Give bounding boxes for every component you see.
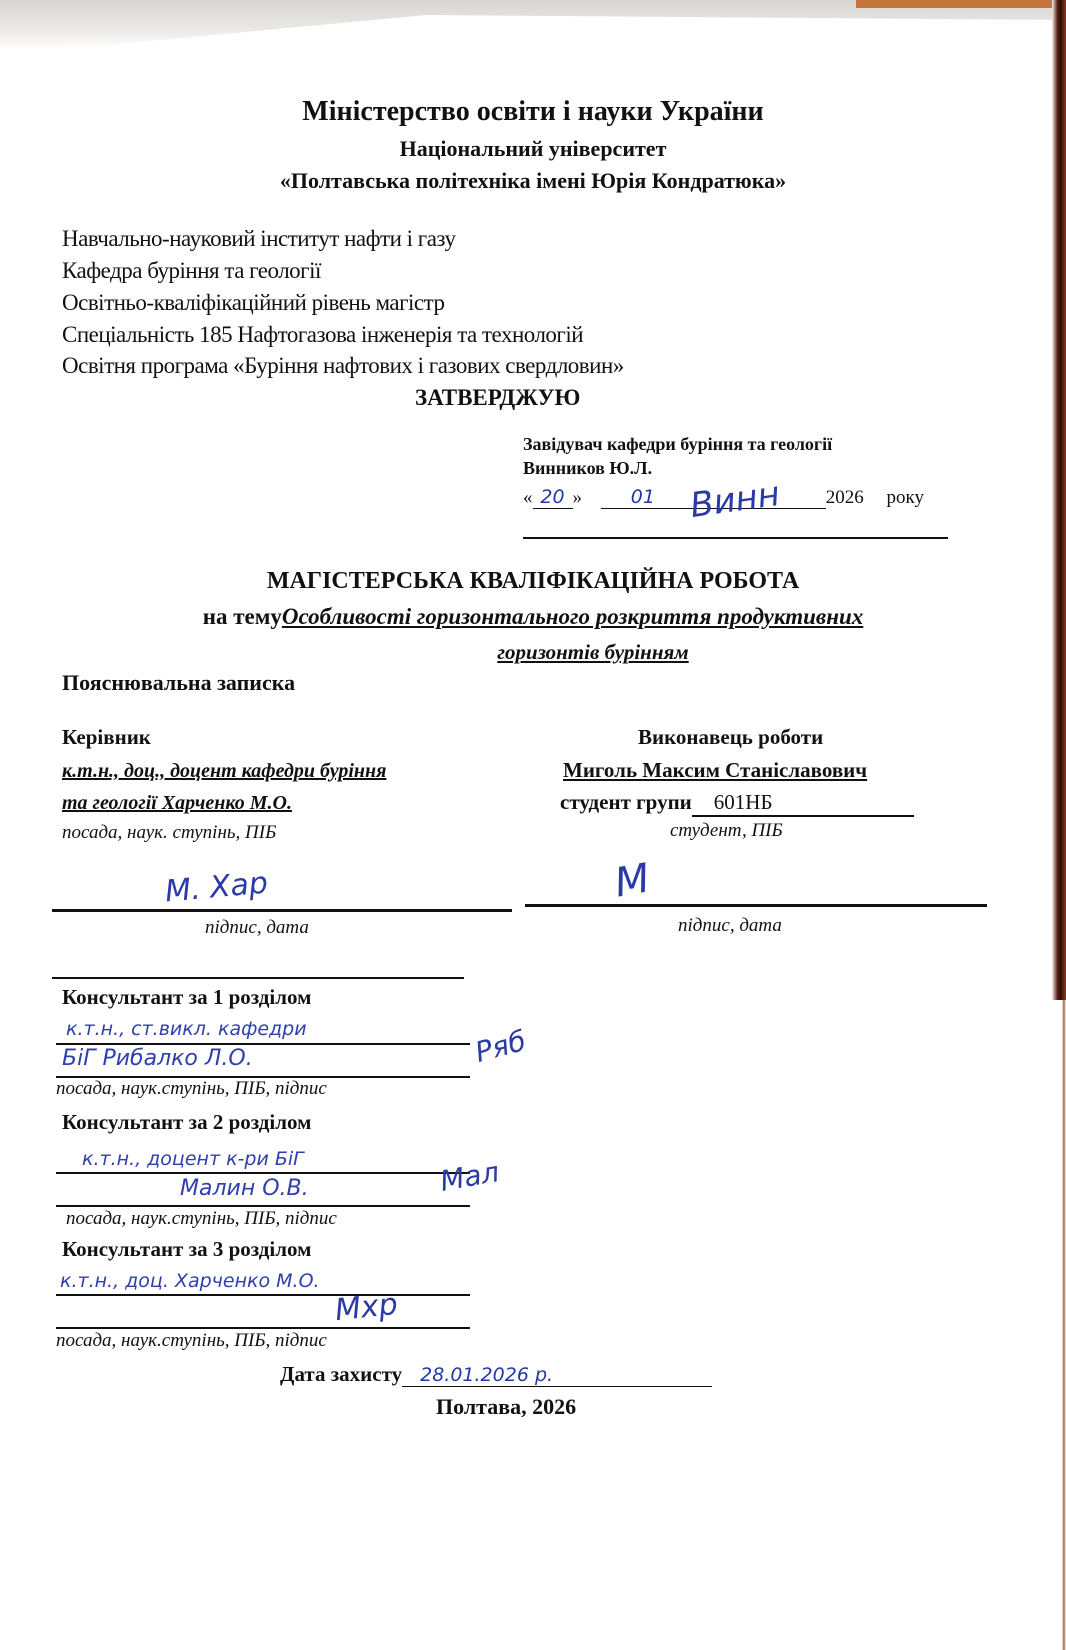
consultant-1-line-1 xyxy=(56,1043,470,1045)
consultant-1-hand-line-2: БіГ Рибалко Л.О. xyxy=(62,1046,253,1071)
consultant-2-line-2 xyxy=(56,1205,470,1207)
university-name: «Полтавська політехніка імені Юрія Кондр… xyxy=(0,168,1066,194)
consultant-2-line-1 xyxy=(56,1172,470,1174)
defense-date-label: Дата захисту xyxy=(280,1362,402,1386)
program-line: Освітня програма «Буріння нафтових і газ… xyxy=(62,353,624,379)
consultant-3-line-2 xyxy=(56,1327,470,1329)
supervisor-signature-line xyxy=(52,909,512,912)
consultant-3-signature: Мхр xyxy=(333,1287,399,1328)
approver-name: Винников Ю.Л. xyxy=(523,458,652,479)
consultant-3-heading: Консультант за 3 розділом xyxy=(62,1237,311,1262)
student-heading: Виконавець роботи xyxy=(638,725,823,750)
consultant-3-hand-line-1: к.т.н., доц. Харченко М.О. xyxy=(60,1270,320,1292)
consultant-2-hand-line-2: Малин О.В. xyxy=(180,1176,309,1201)
consultant-1-caption: посада, наук.ступінь, ПІБ, підпис xyxy=(56,1078,327,1100)
student-name: Миголь Максим Станіславович xyxy=(563,758,867,783)
consultant-1-heading: Консультант за 1 розділом xyxy=(62,985,311,1010)
defense-date-row: Дата захисту28.01.2026 р. xyxy=(280,1362,712,1387)
approver-signature: Винн xyxy=(688,474,783,526)
binder-edge-lower xyxy=(1052,1000,1066,1650)
student-signature: М xyxy=(611,855,653,906)
supervisor-sign-caption: підпис, дата xyxy=(205,917,309,939)
student-sign-caption: підпис, дата xyxy=(678,915,782,937)
specialty-line: Спеціальність 185 Нафтогазова інженерія … xyxy=(62,322,583,348)
department-line: Кафедра буріння та геології xyxy=(62,258,321,284)
ministry-title: Міністерство освіти і науки України xyxy=(0,96,1066,128)
city-year: Полтава, 2026 xyxy=(436,1394,576,1420)
student-signature-line xyxy=(525,904,987,907)
approval-year: 2026 xyxy=(826,487,864,508)
document-type: Пояснювальна записка xyxy=(62,670,295,696)
consultant-2-hand-line-1: к.т.н., доцент к-ри БіГ xyxy=(82,1148,304,1170)
consultant-3-caption: посада, наук.ступінь, ПІБ, підпис xyxy=(56,1330,327,1352)
consultant-2-heading: Консультант за 2 розділом xyxy=(62,1110,311,1135)
approval-year-word: року xyxy=(887,487,924,508)
work-theme-row: на темуОсобливості горизонтального розкр… xyxy=(0,604,1066,630)
theme-prefix: на тему xyxy=(203,604,282,629)
supervisor-signature: М. Хар xyxy=(164,866,270,910)
institute-line: Навчально-науковий інститут нафти і газу xyxy=(62,226,456,252)
supervisor-heading: Керівник xyxy=(62,725,151,750)
binder-edge-top xyxy=(856,0,1066,8)
university-type: Національний університет xyxy=(0,136,1066,162)
approval-heading: ЗАТВЕРДЖУЮ xyxy=(415,385,580,411)
consultant-2-caption: посада, наук.ступінь, ПІБ, підпис xyxy=(66,1208,337,1230)
consultant-2-signature: Мал xyxy=(438,1155,502,1198)
defense-date-value: 28.01.2026 р. xyxy=(402,1364,712,1387)
supervisor-caption: посада, наук. ступінь, ПІБ xyxy=(62,822,276,844)
approval-signature-line xyxy=(523,537,948,539)
supervisor-line-2: та геології Харченко М.О. xyxy=(62,792,292,815)
quote-close: » xyxy=(573,487,583,508)
consultant-1-hand-line-1: к.т.н., ст.викл. кафедри xyxy=(66,1018,307,1040)
group-label: студент групи xyxy=(560,790,692,814)
student-caption: студент, ПІБ xyxy=(670,820,783,842)
group-value: 601НБ xyxy=(692,790,914,817)
consultant-3-line-1 xyxy=(56,1294,470,1296)
approver-position: Завідувач кафедри буріння та геології xyxy=(523,434,832,455)
level-line: Освітньо-кваліфікаційний рівень магістр xyxy=(62,290,444,316)
student-group-row: студент групи601НБ xyxy=(560,790,914,817)
theme-line-1: Особливості горизонтального розкриття пр… xyxy=(282,604,863,629)
approval-day: 20 xyxy=(533,486,573,509)
theme-line-2: горизонтів бурінням xyxy=(60,640,1066,665)
supervisor-line-1: к.т.н., доц., доцент кафедри буріння xyxy=(62,760,386,783)
quote-open: « xyxy=(523,487,533,508)
work-type: МАГІСТЕРСЬКА КВАЛІФІКАЦІЙНА РОБОТА xyxy=(0,568,1066,595)
consultant-1-signature: Ряб xyxy=(472,1024,530,1069)
separator-line xyxy=(52,977,464,979)
